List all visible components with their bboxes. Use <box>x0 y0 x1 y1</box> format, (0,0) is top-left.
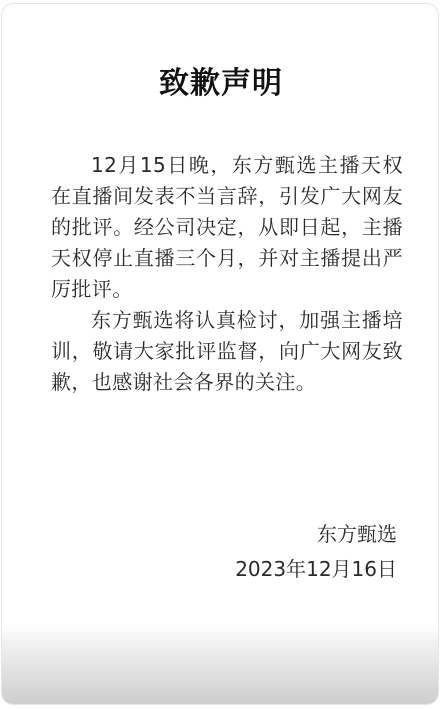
paragraph-1: 12月15日晚，东方甄选主播天权在直播间发表不当言辞，引发广大网友的批评。经公司… <box>51 150 403 305</box>
document-body: 12月15日晚，东方甄选主播天权在直播间发表不当言辞，引发广大网友的批评。经公司… <box>51 150 403 398</box>
bottom-fade-overlay <box>2 624 438 704</box>
signature-block: 东方甄选 2023年12月16日 <box>235 517 397 587</box>
document-title: 致歉声明 <box>2 64 439 104</box>
signature-date: 2023年12月16日 <box>235 552 397 587</box>
paragraph-2: 东方甄选将认真检讨，加强主播培训，敬请大家批评监督，向广大网友致歉，也感谢社会各… <box>51 305 403 398</box>
signature-organization: 东方甄选 <box>235 517 397 552</box>
statement-card: 致歉声明 12月15日晚，东方甄选主播天权在直播间发表不当言辞，引发广大网友的批… <box>1 3 439 705</box>
